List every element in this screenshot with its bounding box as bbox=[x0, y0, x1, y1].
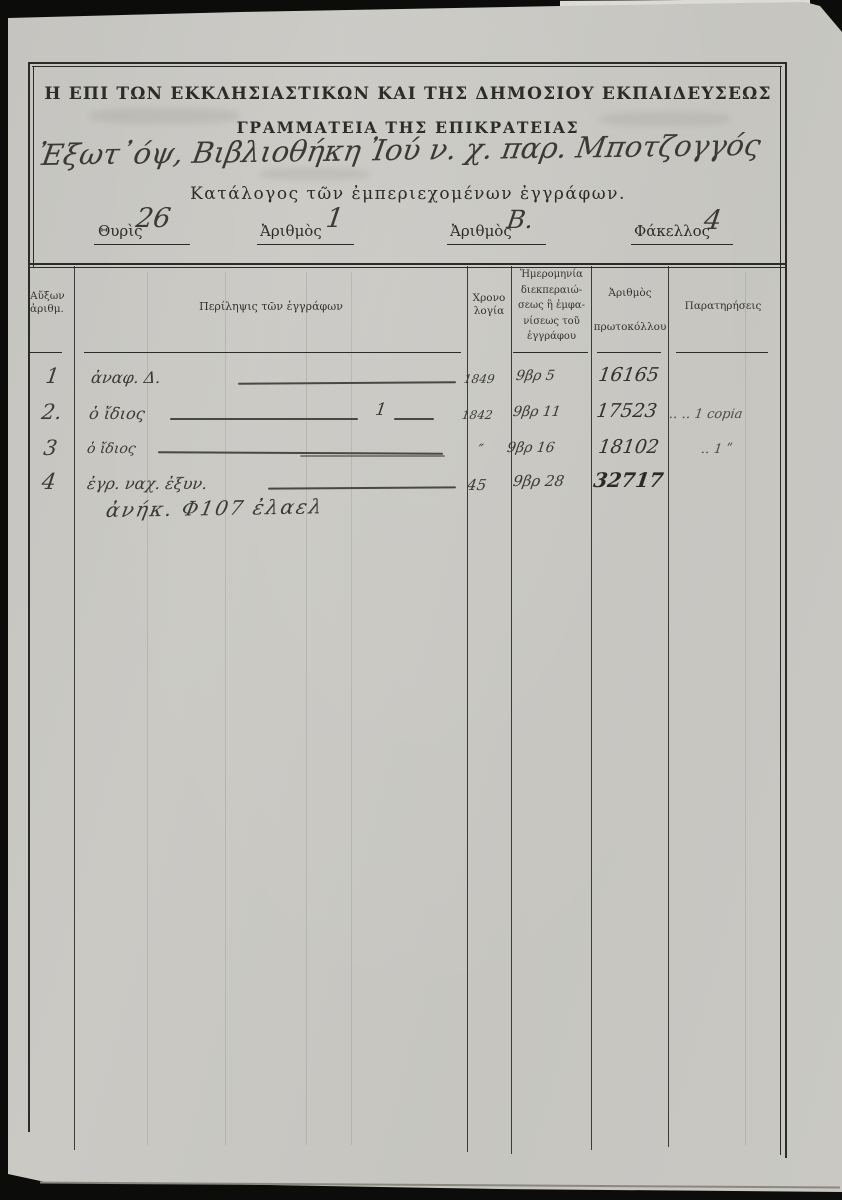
summary-dash bbox=[394, 418, 434, 420]
row-protocol: 17523 bbox=[595, 400, 659, 422]
summary-dash bbox=[300, 455, 445, 457]
col-divider bbox=[467, 266, 468, 1152]
field-label-arithmos-1: Ἀριθμὸς bbox=[260, 222, 322, 240]
field-underline bbox=[94, 244, 190, 245]
column-header-summary: Περίληψις τῶν ἐγγράφων bbox=[76, 300, 466, 313]
table-top-rule-inner bbox=[28, 267, 785, 268]
row-date: 1842 bbox=[461, 408, 494, 422]
header-underline bbox=[513, 352, 588, 353]
row-notes: ‥ 1 ʺ bbox=[700, 442, 733, 457]
bleedthrough-line bbox=[745, 272, 746, 1145]
column-header-serial: Αὔξων ἀριθμ. bbox=[30, 290, 74, 316]
bleedthrough-smudge bbox=[260, 168, 370, 180]
column-header-protocol: Ἀριθμὸς πρωτοκόλλου bbox=[592, 276, 668, 344]
row-protocol: 32717 bbox=[592, 468, 665, 492]
row-processed: 9βρ 28 bbox=[512, 472, 565, 490]
scanned-archive-document: Η ΕΠΙ ΤΩΝ ΕΚΚΛΗΣΙΑΣΤΙΚΩΝ ΚΑΙ ΤΗΣ ΔΗΜΟΣΙΟ… bbox=[0, 0, 842, 1200]
header-underline bbox=[597, 352, 661, 353]
paper-sheet bbox=[0, 0, 842, 1200]
col-divider bbox=[591, 266, 592, 1150]
field-label-fakellos: Φάκελλος bbox=[634, 222, 710, 240]
field-underline bbox=[631, 244, 733, 245]
field-value-arithmos-2: Β. bbox=[505, 205, 535, 234]
row-date: 45 bbox=[466, 476, 488, 494]
bleedthrough-line bbox=[351, 272, 352, 1145]
row-serial: 2. bbox=[40, 400, 63, 424]
bleedthrough-line bbox=[306, 272, 307, 1145]
table-top-rule-outer bbox=[28, 263, 785, 265]
field-underline bbox=[257, 244, 354, 245]
field-label-arithmos-2: Ἀριθμὸς bbox=[450, 222, 512, 240]
catalog-subtitle: Κατάλογος τῶν ἐμπεριεχομένων ἐγγράφων. bbox=[28, 184, 788, 204]
row-date: 1849 bbox=[463, 372, 496, 386]
column-header-notes: Παρατηρήσεις bbox=[669, 300, 777, 313]
row-processed: 9βρ 16 bbox=[506, 440, 556, 456]
row-protocol: 16165 bbox=[597, 364, 661, 386]
col-divider bbox=[74, 266, 75, 1150]
bleedthrough-line bbox=[147, 272, 148, 1145]
row-protocol: 18102 bbox=[597, 436, 661, 458]
col-divider bbox=[511, 266, 512, 1154]
page-title-line1: Η ΕΠΙ ΤΩΝ ΕΚΚΛΗΣΙΑΣΤΙΚΩΝ ΚΑΙ ΤΗΣ ΔΗΜΟΣΙΟ… bbox=[28, 84, 788, 104]
field-value-thyris: 26 bbox=[134, 203, 173, 234]
row-processed: 9βρ 5 bbox=[515, 368, 556, 384]
border-top-inner bbox=[32, 66, 782, 67]
column-header-processed: Ἡμερομηνία διεκπεραιώ- σεως ἢ ἐμφα- νίσε… bbox=[512, 267, 591, 345]
row-summary: ἀναφ. Δ. bbox=[90, 368, 162, 387]
border-left-outer bbox=[28, 62, 30, 1132]
row-processed: 9βρ 11 bbox=[512, 404, 562, 420]
bleedthrough-line bbox=[225, 272, 226, 1145]
border-right-inner bbox=[780, 66, 781, 1155]
row-summary: ὁ ἴδιος bbox=[88, 404, 146, 423]
column-header-date: Χρονο λογία bbox=[467, 292, 511, 318]
col-divider bbox=[668, 266, 669, 1147]
table-footnote: ἀνήκ. Φ107 ἐλαελ bbox=[104, 494, 326, 522]
border-right-outer bbox=[785, 62, 787, 1158]
border-top-outer bbox=[28, 62, 786, 64]
header-underline bbox=[30, 352, 62, 353]
row-notes: ‥ ‥ 1 copia bbox=[668, 407, 743, 422]
row-summary: ἐγρ. ναχ. ἐξυν. bbox=[86, 474, 209, 493]
summary-dash bbox=[170, 418, 358, 420]
header-underline bbox=[84, 352, 461, 353]
row-summary: ὁ ἴδιος bbox=[86, 441, 137, 457]
header-underline bbox=[676, 352, 768, 353]
field-underline bbox=[447, 244, 546, 245]
